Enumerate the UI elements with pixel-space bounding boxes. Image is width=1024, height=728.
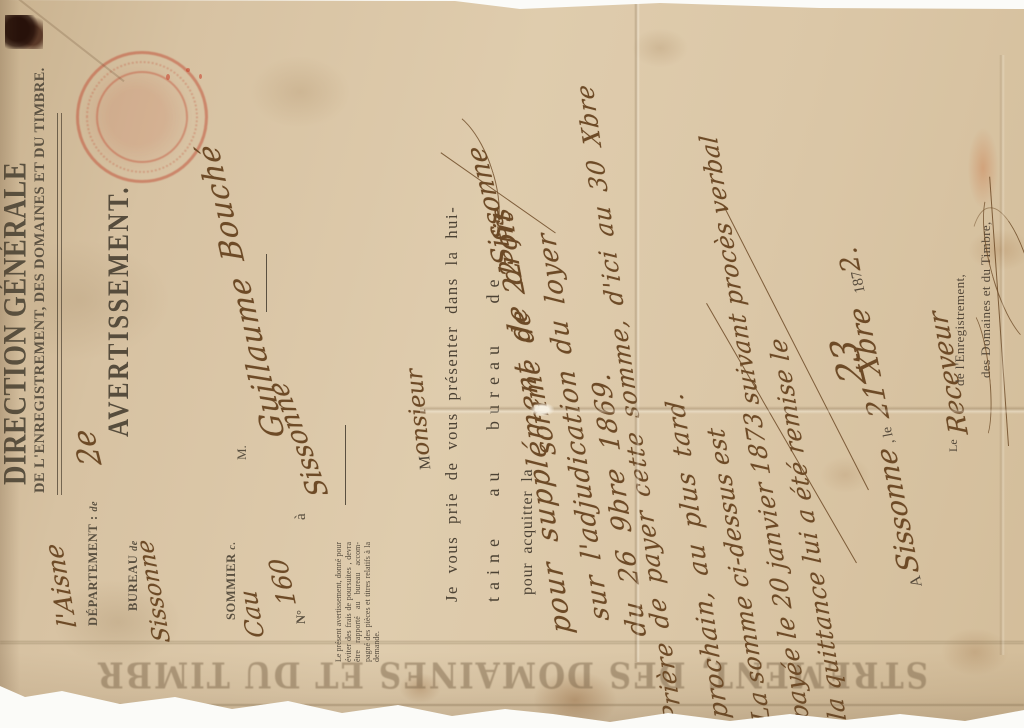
field-departement-sub: de: [89, 501, 100, 512]
footnote-line: rapporté au bureau accom-: [353, 542, 362, 643]
field-sommier-label-text: SOMMIER: [224, 553, 238, 620]
paper-crack: [530, 403, 554, 416]
dateline-year-printed: 187: [849, 269, 869, 294]
letterhead-rule: [57, 113, 62, 495]
salutation-printed: M: [416, 455, 434, 471]
form-content: DIRECTION GÉNÉRALE DE L'ENREGISTREMENT, …: [0, 0, 1024, 728]
field-bureau-label: BUREAU de: [126, 540, 141, 611]
field-departement-label: DÉPARTEMENT : de: [86, 501, 101, 626]
field-sommier-sub: c.: [227, 541, 238, 549]
letterhead-subtitle: DE L'ENREGISTREMENT, DES DOMAINES ET DU …: [32, 67, 49, 493]
left-edge-shadow: [0, 0, 20, 728]
torn-edge-shadow: [0, 652, 1024, 728]
footnote: Le présent avertissement, donné pour évi…: [334, 542, 382, 662]
place-blank-rule: [345, 425, 346, 505]
field-departement-label-text: DÉPARTEMENT :: [86, 515, 100, 626]
addressee-place: Sissonne: [261, 380, 336, 499]
field-numero-value: 160: [263, 558, 302, 606]
signature-le: Le: [946, 439, 960, 452]
addressee-prefix: M.: [234, 445, 250, 460]
field-numero-label: N°: [294, 610, 309, 624]
fold-crease-vertical: [999, 55, 1005, 655]
salutation: Monsieur: [402, 368, 437, 471]
field-sommier-value: Cau: [234, 590, 271, 638]
notice-title: AVERTISSEMENT.: [103, 185, 136, 437]
fold-crease-horizontal: [420, 406, 1024, 414]
red-ink-speck: [166, 74, 170, 80]
dateline-place: Sissonne: [869, 448, 927, 573]
dateline: A Sissonne , le 21 Xbre 1872.: [830, 245, 929, 592]
footnote-line: pagné des pièces et titres: [363, 581, 372, 662]
field-departement-value: l'Aisne: [38, 543, 82, 627]
field-bureau-sub: de: [129, 540, 140, 551]
addressee-blank-rule: [266, 254, 267, 312]
addressee-at: à: [293, 513, 310, 520]
scanned-document: STREMENT, DES DOMAINES ET DU TIMBR DIREC…: [0, 0, 1024, 728]
red-ink-speck: [199, 74, 202, 79]
fold-crease-vertical: [634, 0, 640, 662]
footnote-line: Le présent avertissement,: [334, 580, 343, 662]
body-line-2-printed: taine au bureau de: [483, 273, 503, 602]
red-ink-speck: [186, 68, 190, 72]
dateline-a: A: [907, 574, 926, 589]
dateline-le: , le: [880, 425, 898, 445]
field-bureau-label-text: BUREAU: [126, 555, 140, 611]
document-paper: STREMENT, DES DOMAINES ET DU TIMBR DIREC…: [0, 0, 1024, 728]
body-line-1: Je vous prie de vous présenter dans la h…: [442, 206, 462, 602]
